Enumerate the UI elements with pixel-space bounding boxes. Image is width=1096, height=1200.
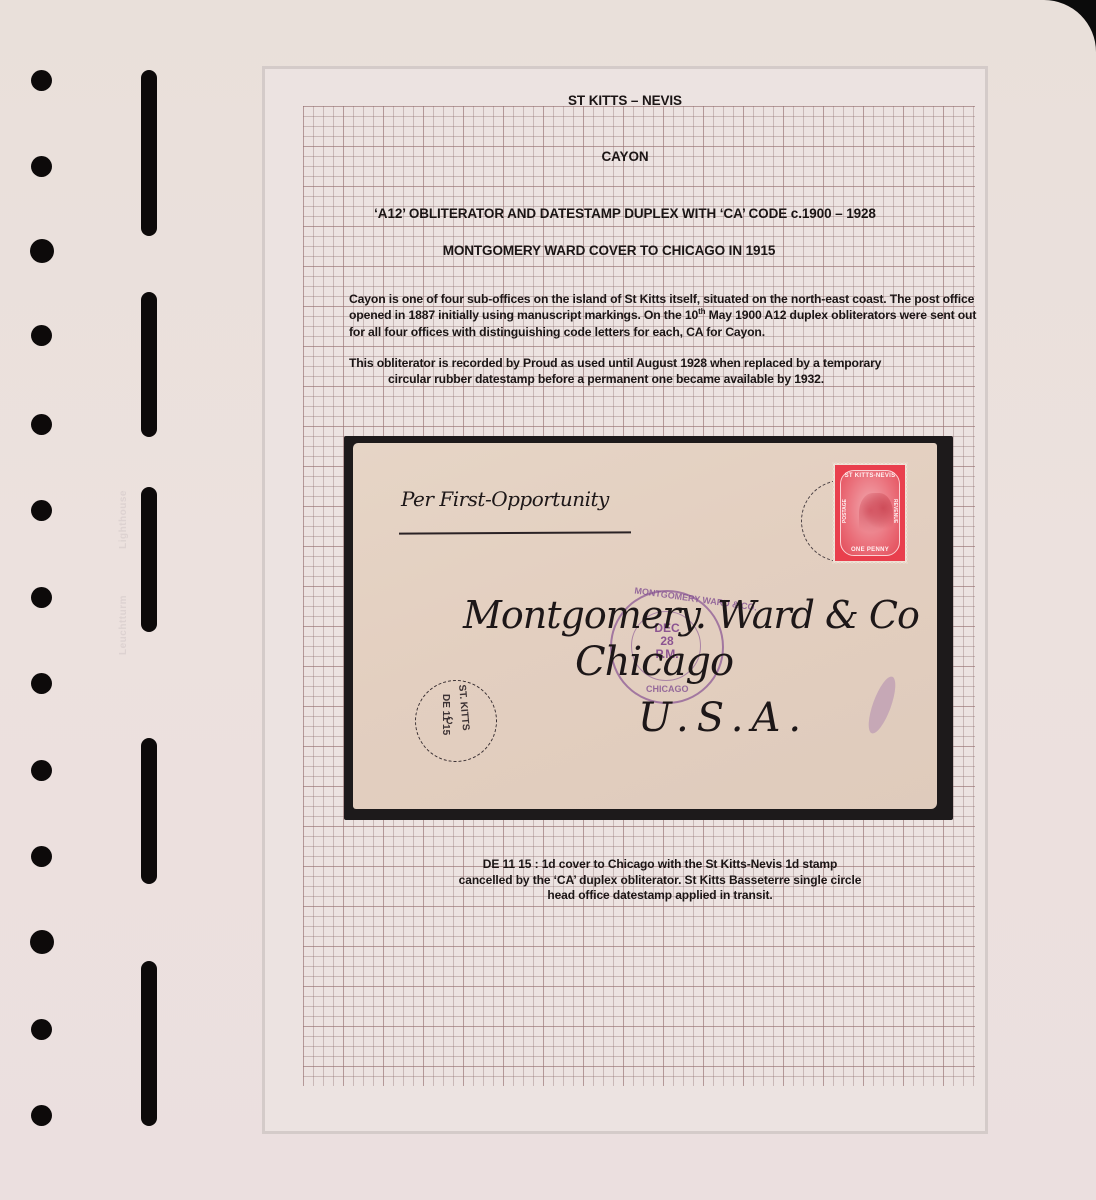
cover-caption: DE 11 15 : 1d cover to Chicago with the …	[420, 857, 900, 904]
stamp-vignette-icon	[859, 493, 893, 543]
page-content: ST KITTS – NEVIS CAYON ‘A12’ OBLITERATOR…	[0, 0, 1096, 1200]
endorsement-underline	[399, 531, 631, 534]
postage-stamp: ST KITTS-NEVIS POSTAGE REVENUE ONE PENNY	[835, 465, 905, 561]
cover-mount: Per First-Opportunity ST KITTS-NEVIS POS…	[344, 436, 953, 820]
endorsement-text: Per First-Opportunity	[401, 487, 609, 511]
item-title: MONTGOMERY WARD COVER TO CHICAGO IN 1915	[246, 243, 972, 258]
intro-paragraph-2: This obliterator is recorded by Proud as…	[349, 355, 989, 388]
ink-smudge	[863, 674, 900, 737]
office-heading: CAYON	[262, 149, 988, 164]
subject-heading: ‘A12’ OBLITERATOR AND DATESTAMP DUPLEX W…	[270, 206, 980, 221]
address-line-1: Montgomery. Ward & Co	[463, 593, 919, 637]
postal-cover: Per First-Opportunity ST KITTS-NEVIS POS…	[353, 443, 937, 809]
album-page: Leuchtturm Lighthouse ST KITTS – NEVIS C…	[0, 0, 1096, 1200]
country-heading: ST KITTS – NEVIS	[262, 93, 988, 108]
address-line-3: U.S.A.	[638, 695, 809, 741]
transit-postmark: ST. KITTS DE 11 15 C	[409, 674, 504, 769]
intro-paragraph-1: Cayon is one of four sub-offices on the …	[349, 291, 989, 340]
address-line-2: Chicago	[575, 639, 733, 685]
